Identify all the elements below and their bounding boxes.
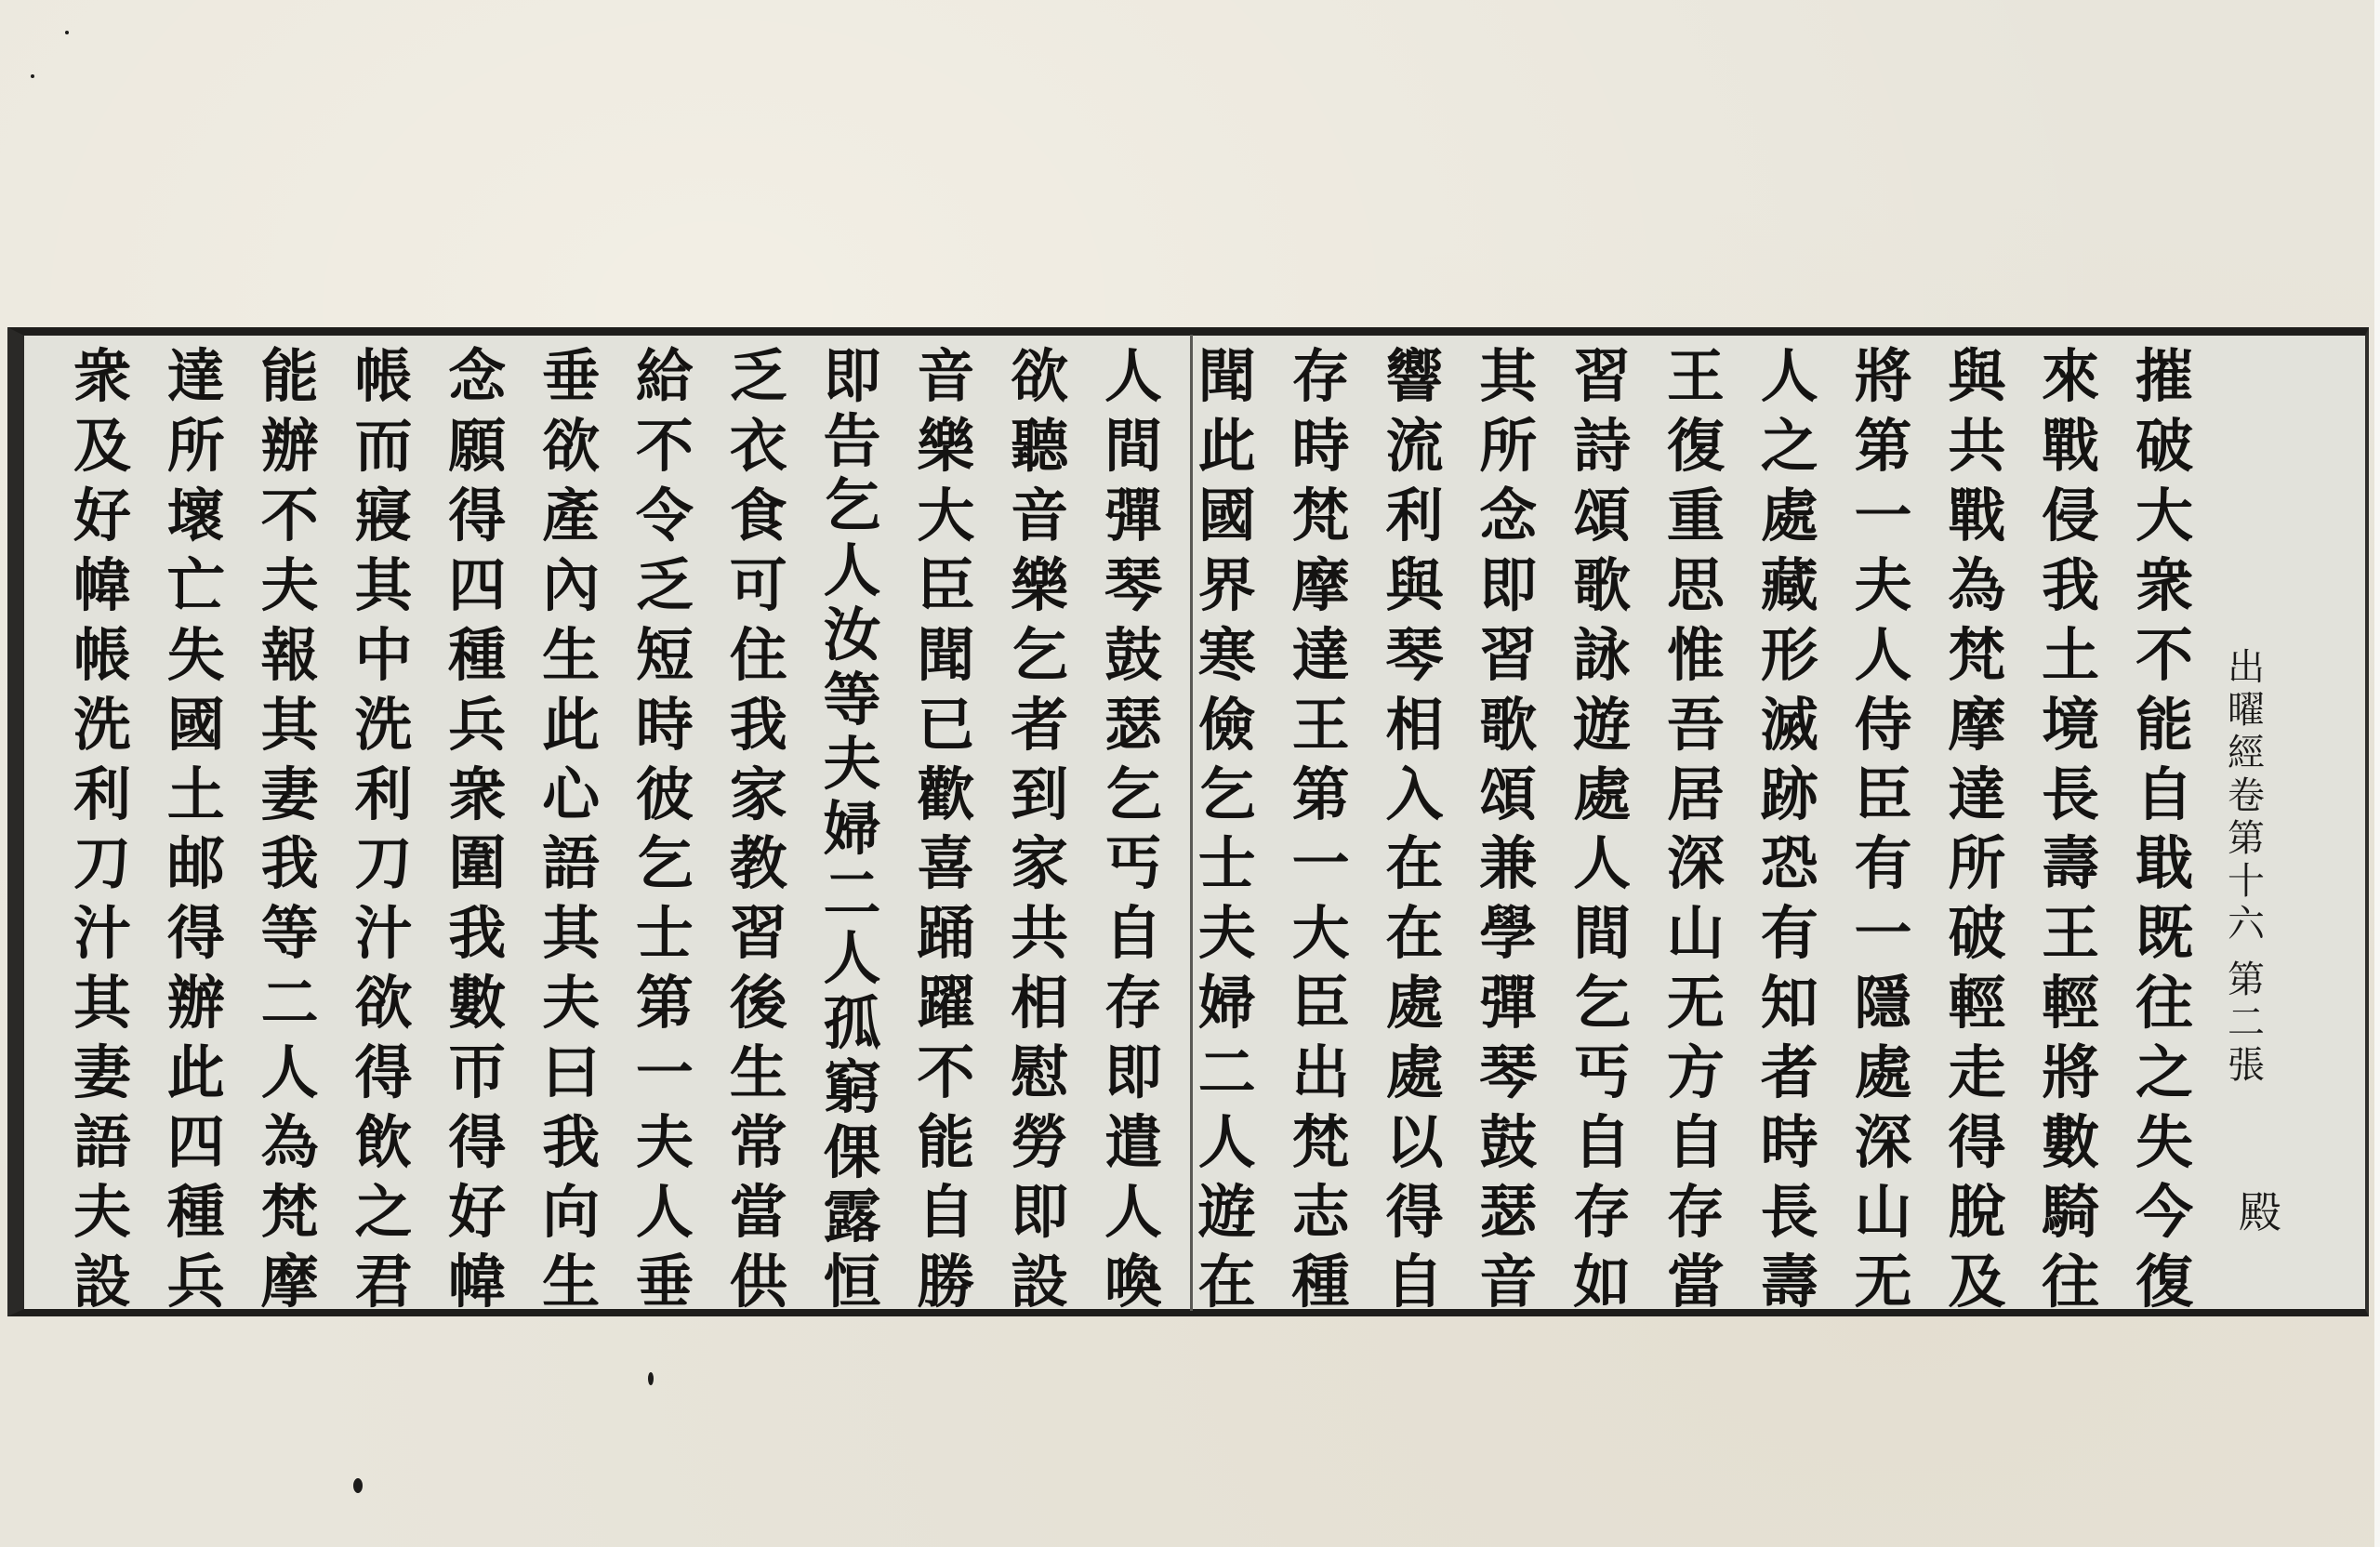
text-column: 垂欲產內生此心語其夫曰我向生 xyxy=(528,346,614,1313)
ink-speck xyxy=(31,74,34,78)
character: 瑟 xyxy=(1104,694,1162,756)
character: 自 xyxy=(917,1182,974,1243)
character: 垂 xyxy=(636,1251,694,1313)
character: 二 xyxy=(1198,1042,1256,1104)
character: 帳 xyxy=(73,625,131,686)
character: 報 xyxy=(261,625,319,686)
character: 種 xyxy=(167,1182,225,1243)
character: 生 xyxy=(730,1042,787,1104)
character: 幃 xyxy=(448,1251,506,1313)
character: 好 xyxy=(73,485,131,547)
character: 乏 xyxy=(730,346,787,407)
character: 乏 xyxy=(636,555,694,616)
character: 種 xyxy=(448,625,506,686)
character: 戢 xyxy=(2135,833,2193,894)
character: 在 xyxy=(1385,833,1443,894)
text-column: 響流利與琴相入在在處處以得自 xyxy=(1371,346,1457,1313)
character: 寢 xyxy=(354,485,412,547)
character: 國 xyxy=(1198,485,1256,547)
character: 此 xyxy=(542,694,600,756)
text-column: 能辦不夫報其妻我等二人為梵摩 xyxy=(247,346,333,1313)
character: 存 xyxy=(1573,1182,1631,1243)
character: 人 xyxy=(1855,625,1912,686)
character: 亡 xyxy=(167,555,225,616)
character: 邮 xyxy=(167,833,225,894)
character: 利 xyxy=(354,764,412,826)
character: 喚 xyxy=(1104,1251,1162,1313)
character: 存 xyxy=(1104,972,1162,1034)
character: 能 xyxy=(917,1112,974,1173)
character: 在 xyxy=(1198,1251,1256,1313)
margin-character: 卷 xyxy=(2228,774,2265,817)
character: 家 xyxy=(730,764,787,826)
character: 夫 xyxy=(824,734,881,795)
character: 欲 xyxy=(1011,346,1068,407)
character: 自 xyxy=(1104,903,1162,964)
character: 脫 xyxy=(1948,1182,2005,1243)
character: 志 xyxy=(1292,1182,1350,1243)
character: 不 xyxy=(261,485,319,547)
character: 與 xyxy=(1948,346,2005,407)
character: 所 xyxy=(1479,416,1537,477)
character: 琴 xyxy=(1104,555,1162,616)
character: 有 xyxy=(1855,833,1912,894)
character: 音 xyxy=(1479,1251,1537,1313)
character: 生 xyxy=(542,625,600,686)
character: 藏 xyxy=(1761,555,1818,616)
character: 人 xyxy=(1573,833,1631,894)
character: 洗 xyxy=(354,694,412,756)
character: 人 xyxy=(1761,346,1818,407)
character: 音 xyxy=(1011,485,1068,547)
character: 為 xyxy=(1948,555,2005,616)
text-column: 聞此國界寒儉乞士夫婦二人遊在 xyxy=(1184,346,1270,1313)
character: 深 xyxy=(1667,833,1725,894)
character: 方 xyxy=(1667,1042,1725,1104)
character: 利 xyxy=(1385,485,1443,547)
character: 乞 xyxy=(1198,764,1256,826)
character: 王 xyxy=(1667,346,1725,407)
character: 人 xyxy=(261,1042,319,1104)
character: 倮 xyxy=(824,1122,881,1183)
character: 即 xyxy=(1479,555,1537,616)
character: 君 xyxy=(354,1251,412,1313)
character: 戰 xyxy=(1948,485,2005,547)
character: 婦 xyxy=(1198,972,1256,1034)
character: 短 xyxy=(636,625,694,686)
character: 刀 xyxy=(73,833,131,894)
character: 儉 xyxy=(1198,694,1256,756)
margin-character: 第 xyxy=(2228,959,2265,1001)
character: 士 xyxy=(636,903,694,964)
character: 我 xyxy=(542,1112,600,1173)
ink-speck xyxy=(353,1478,363,1493)
character: 鼓 xyxy=(1479,1112,1537,1173)
character: 无 xyxy=(1855,1251,1912,1313)
character: 復 xyxy=(2135,1251,2193,1313)
character: 帳 xyxy=(354,346,412,407)
character: 琴 xyxy=(1385,625,1443,686)
character: 所 xyxy=(167,416,225,477)
character: 相 xyxy=(1385,694,1443,756)
character: 梵 xyxy=(1948,625,2005,686)
character: 有 xyxy=(1761,903,1818,964)
character: 到 xyxy=(1011,764,1068,826)
character: 流 xyxy=(1385,416,1443,477)
text-column: 乏衣食可住我家教習後生常當供 xyxy=(716,346,801,1313)
character: 間 xyxy=(1104,416,1162,477)
character: 等 xyxy=(824,669,881,731)
character: 等 xyxy=(261,903,319,964)
character: 長 xyxy=(1761,1182,1818,1243)
character: 重 xyxy=(1667,485,1725,547)
character: 一 xyxy=(636,1042,694,1104)
character: 間 xyxy=(1573,903,1631,964)
character: 達 xyxy=(167,346,225,407)
character: 能 xyxy=(2135,694,2193,756)
character: 人 xyxy=(1104,1182,1162,1243)
character: 以 xyxy=(1385,1112,1443,1173)
character: 踊 xyxy=(917,903,974,964)
text-column: 達所壞亡失國土邮得辦此四種兵 xyxy=(153,346,239,1313)
character: 我 xyxy=(448,903,506,964)
character: 歌 xyxy=(1573,555,1631,616)
character: 兼 xyxy=(1479,833,1537,894)
character: 乞 xyxy=(1573,972,1631,1034)
character: 夫 xyxy=(636,1112,694,1173)
character: 壞 xyxy=(167,485,225,547)
character: 思 xyxy=(1667,555,1725,616)
character: 汁 xyxy=(354,903,412,964)
character: 向 xyxy=(542,1182,600,1243)
character: 衣 xyxy=(730,416,787,477)
character: 臣 xyxy=(1855,764,1912,826)
character: 頌 xyxy=(1479,764,1537,826)
character: 帀 xyxy=(448,1042,506,1104)
character: 夫 xyxy=(261,555,319,616)
character: 願 xyxy=(448,416,506,477)
character: 者 xyxy=(1761,1042,1818,1104)
text-column: 與共戰為梵摩達所破輕走得脫及 xyxy=(1934,346,2019,1313)
character: 滅 xyxy=(1761,694,1818,756)
character: 其 xyxy=(73,972,131,1034)
character: 騎 xyxy=(2042,1182,2099,1243)
character: 將 xyxy=(1855,346,1912,407)
character: 人 xyxy=(636,1182,694,1243)
character: 國 xyxy=(167,694,225,756)
character: 壽 xyxy=(1761,1251,1818,1313)
character: 種 xyxy=(1292,1251,1350,1313)
character: 无 xyxy=(1667,972,1725,1034)
character: 即 xyxy=(1104,1042,1162,1104)
character: 之 xyxy=(2135,1042,2193,1104)
character: 圍 xyxy=(448,833,506,894)
character: 慰 xyxy=(1011,1042,1068,1104)
character: 兵 xyxy=(167,1251,225,1313)
character: 歡 xyxy=(917,764,974,826)
character: 士 xyxy=(1198,833,1256,894)
character: 長 xyxy=(2042,764,2099,826)
character: 乞 xyxy=(1104,764,1162,826)
character: 即 xyxy=(1011,1182,1068,1243)
character: 居 xyxy=(1667,764,1725,826)
text-column: 念願得四種兵衆圍我數帀得好幃 xyxy=(434,346,520,1313)
character: 歌 xyxy=(1479,694,1537,756)
character: 界 xyxy=(1198,555,1256,616)
character: 摩 xyxy=(1292,555,1350,616)
character: 其 xyxy=(354,555,412,616)
character: 念 xyxy=(1479,485,1537,547)
character: 妻 xyxy=(261,764,319,826)
character: 第 xyxy=(1855,416,1912,477)
character: 飲 xyxy=(354,1112,412,1173)
character: 深 xyxy=(1855,1112,1912,1173)
character: 者 xyxy=(1011,694,1068,756)
character: 鼓 xyxy=(1104,625,1162,686)
margin-character: 十 xyxy=(2228,860,2265,903)
character: 衆 xyxy=(448,764,506,826)
character: 聽 xyxy=(1011,416,1068,477)
character: 告 xyxy=(824,411,881,472)
character: 遊 xyxy=(1573,694,1631,756)
character: 一 xyxy=(1855,485,1912,547)
character: 自 xyxy=(2135,764,2193,826)
character: 而 xyxy=(354,416,412,477)
text-column: 人之處藏形滅跡恐有知者時長壽 xyxy=(1747,346,1832,1313)
character: 處 xyxy=(1385,972,1443,1034)
character: 當 xyxy=(730,1182,787,1243)
character: 處 xyxy=(1385,1042,1443,1104)
character: 窮 xyxy=(824,1057,881,1118)
text-column: 存時梵摩達王第一大臣出梵志種 xyxy=(1278,346,1364,1313)
character: 與 xyxy=(1385,555,1443,616)
character: 我 xyxy=(261,833,319,894)
character: 得 xyxy=(354,1042,412,1104)
character: 處 xyxy=(1761,485,1818,547)
character: 大 xyxy=(1292,903,1350,964)
character: 戰 xyxy=(2042,416,2099,477)
character: 給 xyxy=(636,346,694,407)
text-column: 習詩頌歌詠遊處人間乞丐自存如 xyxy=(1559,346,1645,1313)
character: 欲 xyxy=(542,416,600,477)
character: 後 xyxy=(730,972,787,1034)
character: 聞 xyxy=(917,625,974,686)
character: 喜 xyxy=(917,833,974,894)
character: 勝 xyxy=(917,1251,974,1313)
character: 存 xyxy=(1292,346,1350,407)
margin-character: 曜 xyxy=(2228,689,2265,732)
character: 乞 xyxy=(636,833,694,894)
character: 彼 xyxy=(636,764,694,826)
text-column: 帳而寢其中洗利刀汁欲得飲之君 xyxy=(340,346,426,1313)
character: 王 xyxy=(2042,903,2099,964)
character: 知 xyxy=(1761,972,1818,1034)
character: 食 xyxy=(730,485,787,547)
character: 其 xyxy=(261,694,319,756)
character: 失 xyxy=(167,625,225,686)
character: 語 xyxy=(73,1112,131,1173)
character: 響 xyxy=(1385,346,1443,407)
character: 自 xyxy=(1385,1251,1443,1313)
character: 兵 xyxy=(448,694,506,756)
character: 之 xyxy=(1761,416,1818,477)
character: 梵 xyxy=(1292,1112,1350,1173)
character: 樂 xyxy=(1011,555,1068,616)
character: 人 xyxy=(824,540,881,602)
character: 寒 xyxy=(1198,625,1256,686)
text-column: 給不令乏短時彼乞士第一夫人垂 xyxy=(622,346,707,1313)
character: 乞 xyxy=(1011,625,1068,686)
character: 往 xyxy=(2135,972,2193,1034)
character: 大 xyxy=(917,485,974,547)
character: 當 xyxy=(1667,1251,1725,1313)
character: 摩 xyxy=(1948,694,2005,756)
character: 跡 xyxy=(1761,764,1818,826)
character: 入 xyxy=(1385,764,1443,826)
character: 自 xyxy=(1573,1112,1631,1173)
character: 衆 xyxy=(73,346,131,407)
character: 躍 xyxy=(917,972,974,1034)
character: 刀 xyxy=(354,833,412,894)
character: 勞 xyxy=(1011,1112,1068,1173)
character: 已 xyxy=(917,694,974,756)
character: 夫 xyxy=(542,972,600,1034)
character: 摩 xyxy=(261,1251,319,1313)
character: 二 xyxy=(824,864,881,925)
character: 輕 xyxy=(2042,972,2099,1034)
character: 土 xyxy=(167,764,225,826)
character: 曰 xyxy=(542,1042,600,1104)
character: 丐 xyxy=(1573,1042,1631,1104)
character: 二 xyxy=(261,972,319,1034)
character: 語 xyxy=(542,833,600,894)
character: 大 xyxy=(2135,485,2193,547)
margin-mark: 殿 xyxy=(2239,1179,2281,1240)
character: 欲 xyxy=(354,972,412,1034)
character: 好 xyxy=(448,1182,506,1243)
character: 詩 xyxy=(1573,416,1631,477)
text-column: 即告乞人汝等夫婦二人孤窮倮露恒 xyxy=(810,346,895,1313)
character: 頌 xyxy=(1573,485,1631,547)
character: 共 xyxy=(1948,416,2005,477)
character: 念 xyxy=(448,346,506,407)
character: 得 xyxy=(1948,1112,2005,1173)
character: 供 xyxy=(730,1251,787,1313)
character: 惟 xyxy=(1667,625,1725,686)
character: 不 xyxy=(917,1042,974,1104)
character: 侍 xyxy=(1855,694,1912,756)
character: 幃 xyxy=(73,555,131,616)
character: 音 xyxy=(917,346,974,407)
character: 利 xyxy=(73,764,131,826)
text-column: 摧破大衆不能自戢既往之失今復 xyxy=(2122,346,2207,1313)
character: 數 xyxy=(2042,1112,2099,1173)
character: 我 xyxy=(2042,555,2099,616)
character: 壽 xyxy=(2042,833,2099,894)
character: 住 xyxy=(730,625,787,686)
text-column: 來戰侵我土境長壽王輕將數騎往 xyxy=(2028,346,2113,1313)
ink-speck xyxy=(65,31,69,34)
character: 人 xyxy=(824,928,881,989)
character: 習 xyxy=(1479,625,1537,686)
character: 彈 xyxy=(1479,972,1537,1034)
text-column: 將第一夫人侍臣有一隱處深山无 xyxy=(1841,346,1926,1313)
margin-character: 二 xyxy=(2228,1001,2265,1044)
character: 人 xyxy=(1198,1112,1256,1173)
margin-character: 張 xyxy=(2228,1044,2265,1087)
character: 一 xyxy=(1855,903,1912,964)
margin-character: 第 xyxy=(2228,817,2265,860)
character: 山 xyxy=(1667,903,1725,964)
character: 瑟 xyxy=(1479,1182,1537,1243)
character: 孤 xyxy=(824,993,881,1054)
text-column: 人間彈琴鼓瑟乞丐自存即遣人喚 xyxy=(1091,346,1176,1313)
character: 衆 xyxy=(2135,555,2193,616)
character: 處 xyxy=(1573,764,1631,826)
character: 我 xyxy=(730,694,787,756)
character: 不 xyxy=(636,416,694,477)
character: 復 xyxy=(1667,416,1725,477)
character: 出 xyxy=(1292,1042,1350,1104)
character: 處 xyxy=(1855,1042,1912,1104)
margin-character: 經 xyxy=(2228,732,2265,774)
scan-edge xyxy=(2374,0,2380,1547)
character: 得 xyxy=(167,903,225,964)
character: 破 xyxy=(1948,903,2005,964)
character: 梵 xyxy=(261,1182,319,1243)
character: 吾 xyxy=(1667,694,1725,756)
character: 達 xyxy=(1948,764,2005,826)
text-column: 音樂大臣聞已歡喜踊躍不能自勝 xyxy=(903,346,988,1313)
text-column: 衆及好幃帳洗利刀汁其妻語夫設 xyxy=(59,346,145,1313)
character: 數 xyxy=(448,972,506,1034)
character: 境 xyxy=(2042,694,2099,756)
character: 能 xyxy=(261,346,319,407)
character: 自 xyxy=(1667,1112,1725,1173)
character: 相 xyxy=(1011,972,1068,1034)
character: 得 xyxy=(448,1112,506,1173)
character: 第 xyxy=(636,972,694,1034)
character: 此 xyxy=(1198,416,1256,477)
character: 習 xyxy=(730,903,787,964)
character: 設 xyxy=(1011,1251,1068,1313)
character: 教 xyxy=(730,833,787,894)
character: 遣 xyxy=(1104,1112,1162,1173)
character: 時 xyxy=(1292,416,1350,477)
character: 婦 xyxy=(824,799,881,860)
character: 可 xyxy=(730,555,787,616)
character: 汁 xyxy=(73,903,131,964)
character: 設 xyxy=(73,1251,131,1313)
character: 走 xyxy=(1948,1042,2005,1104)
character: 辦 xyxy=(167,972,225,1034)
character: 習 xyxy=(1573,346,1631,407)
character: 丐 xyxy=(1104,833,1162,894)
character: 其 xyxy=(1479,346,1537,407)
character: 得 xyxy=(448,485,506,547)
ink-speck xyxy=(648,1372,654,1385)
character: 來 xyxy=(2042,346,2099,407)
character: 人 xyxy=(1104,346,1162,407)
character: 恐 xyxy=(1761,833,1818,894)
character: 今 xyxy=(2135,1182,2193,1243)
character: 所 xyxy=(1948,833,2005,894)
character: 令 xyxy=(636,485,694,547)
character: 達 xyxy=(1292,625,1350,686)
character: 臣 xyxy=(1292,972,1350,1034)
character: 在 xyxy=(1385,903,1443,964)
character: 臣 xyxy=(917,555,974,616)
